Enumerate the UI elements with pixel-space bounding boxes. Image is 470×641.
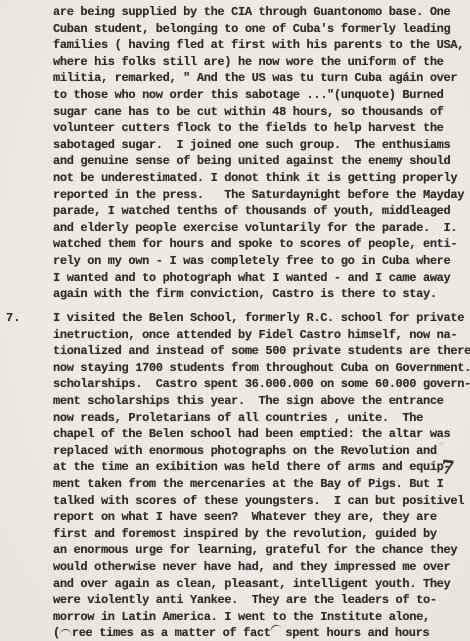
text-line: tionalized and instead of some 500 priva… [53, 343, 470, 360]
text-line: report on what I have seen? Whatever the… [53, 509, 470, 526]
text-line: at the time an exibition was held there … [53, 459, 470, 476]
text-line: sabotaged sugar. I joined one such group… [53, 137, 464, 154]
text-line: rely on my own - I was completely free t… [53, 253, 464, 270]
handwritten-seven-annotation: 7 [440, 458, 455, 478]
text-line: morrow in Latin America. I went to the I… [53, 609, 470, 626]
paragraph-number: 7. [6, 310, 20, 327]
text-line: inetruction, once attended by Fidel Cast… [53, 327, 470, 344]
paragraph-7: I visited the Belen School, formerly R.C… [53, 310, 470, 625]
text-line: I visited the Belen School, formerly R.C… [53, 310, 470, 327]
text-line: replaced with enormous photographs on th… [53, 443, 470, 460]
text-line: and genuine sense of being united agains… [53, 153, 464, 170]
scan-speck [455, 366, 460, 369]
text-line: watched them for hours and spoke to scor… [53, 236, 464, 253]
text-line: chapel of the Belen school had been empt… [53, 426, 470, 443]
last-text-line: (ree times as a matter of fact spent hou… [53, 625, 429, 641]
text-line: were violently anti Yankee. They are the… [53, 592, 470, 609]
text-line: and over again as clean, pleasant, intel… [53, 576, 470, 593]
text-line: where his folks still are) he now wore t… [53, 54, 464, 71]
text-line: now reads, Proletarians of all countries… [53, 410, 470, 427]
last-line-suffix: spent hours and hours [279, 626, 430, 640]
text-line: are being supplied by the CIA through Gu… [53, 4, 464, 21]
text-line: I wanted and to photograph what I wanted… [53, 270, 464, 287]
document-page: 7. are being supplied by the CIA through… [0, 0, 470, 641]
text-line: first and foremost inspired by the revol… [53, 526, 470, 543]
text-line: families ( having fled at first with his… [53, 37, 464, 54]
text-line: Cuban student, belonging to one of Cuba'… [53, 21, 464, 38]
text-line: ment scholarships this year. The sign ab… [53, 393, 470, 410]
scan-speck [250, 188, 254, 191]
text-line: would otherwise never have had, and they… [53, 559, 470, 576]
text-line: reported in the press. The Saturdaynight… [53, 187, 464, 204]
text-line: sugar cane has to be cut within 48 hours… [53, 104, 464, 121]
text-line: to those who now order this sabotage ...… [53, 87, 464, 104]
paragraph-6-continuation: are being supplied by the CIA through Gu… [53, 4, 464, 303]
text-line: not be underestimated. I donot think it … [53, 170, 464, 187]
scan-speck [438, 442, 444, 445]
text-line: volunteer cutters flock to the fields to… [53, 120, 464, 137]
text-line: parade, I watched tenths of thousands of… [53, 203, 464, 220]
text-line: militia, remarked, " And the US was tu t… [53, 70, 464, 87]
text-line: talked with scores of these youngsters. … [53, 493, 470, 510]
text-line: and elderly people exercise voluntarily … [53, 220, 464, 237]
handwritten-arc-mark [59, 629, 72, 637]
text-line: again with the firm conviction, Castro i… [53, 286, 464, 303]
last-line-middle: ree times as a matter of fact [72, 626, 271, 640]
text-line: an enormous urge for learning, grateful … [53, 542, 470, 559]
text-line: now staying 1700 students from throughou… [53, 360, 470, 377]
text-line: (ree times as a matter of fact spent hou… [53, 625, 429, 641]
text-line: ment taken from the mercenaries at the B… [53, 476, 470, 493]
text-line: scholarships. Castro spent 36.000.000 on… [53, 376, 470, 393]
